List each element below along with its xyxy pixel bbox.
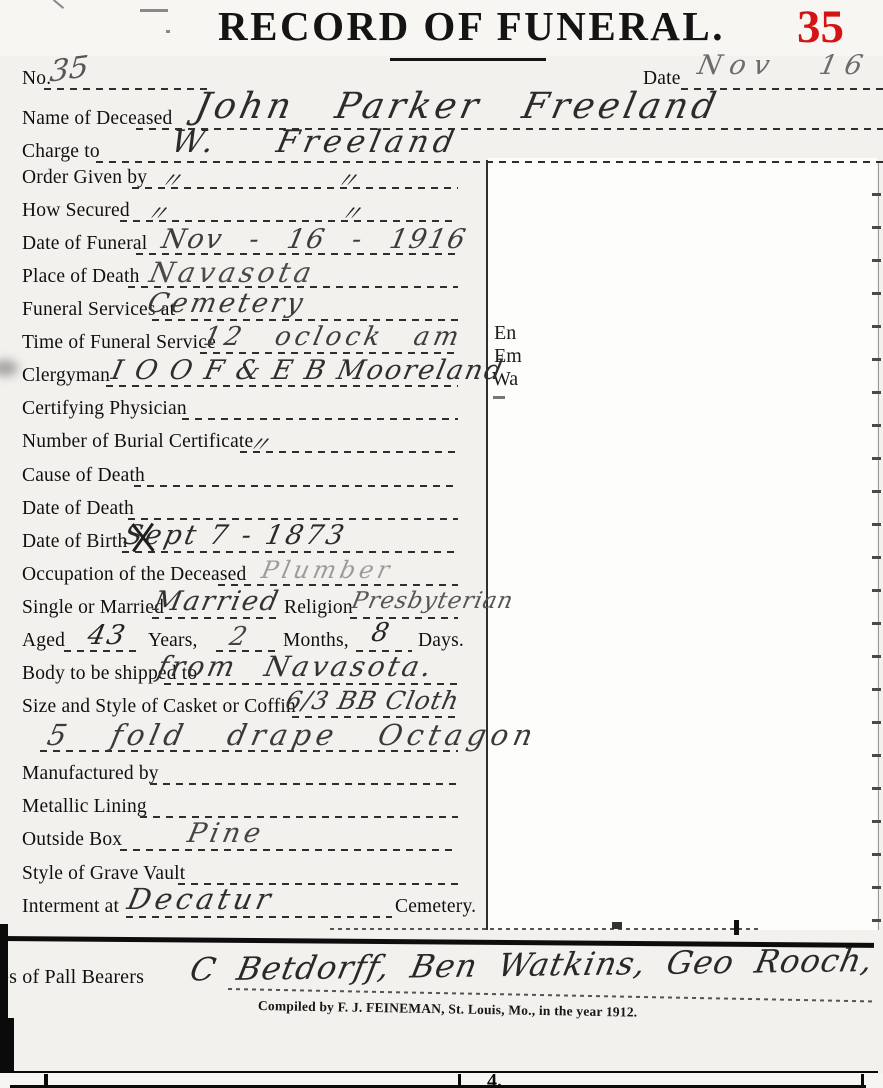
- right-edge-tick-marks: [872, 163, 881, 930]
- field-value-order-given-by: 〃: [157, 164, 186, 195]
- dashed-line-date-of-birth: [122, 551, 458, 553]
- field-value-religion: Presbyterian: [349, 588, 516, 614]
- dashed-line-charge-to: [96, 161, 883, 163]
- field-value-place-of-death: Navasota: [146, 256, 318, 289]
- field-value-casket: 6/3 BB Cloth: [283, 686, 462, 715]
- title-rule: [390, 58, 546, 61]
- dashed-line-funeral-services-at: [152, 319, 458, 321]
- field-value-interment: Decatur: [124, 882, 277, 916]
- field-label-aged: Aged: [22, 630, 65, 652]
- compiled-by-imprint: Compiled by F. J. FEINEMAN, St. Louis, M…: [258, 998, 638, 1021]
- field-value-aged-years: 43: [85, 620, 130, 651]
- partial-dash-mark: [493, 396, 505, 399]
- field-label-date-of-funeral: Date of Funeral: [22, 233, 147, 255]
- field-value-time-of-funeral-service: 12 oclock am: [201, 322, 466, 352]
- dashed-line-outside-box: [120, 849, 458, 851]
- dashed-line-manufactured-by: [150, 783, 458, 785]
- ink-smudge: [0, 360, 18, 376]
- field-value-date-of-birth: Sept 7 - 1873: [121, 520, 350, 551]
- field-value-pall-bearers: C Betdorff, Ben Watkins, Geo Rooch, J G …: [187, 937, 883, 988]
- field-label-order-given-by: Order Given by: [22, 167, 147, 189]
- dashed-line-body-shipped: [164, 683, 458, 685]
- field-value-aged-months: 2: [227, 622, 250, 652]
- field-value-name-of-deceased: John Parker Freeland: [192, 86, 724, 127]
- dashed-line-single-or-married: [152, 617, 278, 619]
- field-value-occupation: Plumber: [259, 556, 396, 584]
- pencil-mark: [166, 30, 170, 33]
- pre-separator-dotted-line: [330, 928, 760, 930]
- dashed-line-burial-certificate: [240, 451, 458, 453]
- field-label-time-of-funeral-service: Time of Funeral Service: [22, 332, 216, 354]
- field-value-clergyman: I O O F & E B Mooreland: [109, 355, 507, 386]
- field-label-outside-box: Outside Box: [22, 829, 122, 851]
- dashed-line-no: [44, 88, 212, 90]
- small-ink-mark: [612, 922, 622, 929]
- field-label-date-of-birth: Date of Birth: [22, 531, 128, 553]
- field-label-cemetery-suffix: Cemetery.: [395, 896, 476, 918]
- field-label-metallic-lining: Metallic Lining: [22, 796, 147, 818]
- dashed-line-metallic-lining: [140, 816, 458, 818]
- field-value-single-or-married: Married: [151, 586, 283, 617]
- dashed-line-order-given-by: [132, 187, 458, 189]
- dashed-line-certifying-physician: [182, 418, 458, 420]
- field-label-clergyman: Clergyman: [22, 365, 110, 387]
- field-value-funeral-services-at: Cemetery: [145, 288, 309, 319]
- field-label-occupation: Occupation of the Deceased: [22, 564, 246, 586]
- page-title: RECORD OF FUNERAL.: [218, 2, 725, 50]
- field-value-date-of-funeral: Nov - 16 - 1916: [159, 224, 470, 255]
- field-label-pall-bearers: es of Pall Bearers: [0, 966, 144, 989]
- field-label-years: Years,: [148, 630, 198, 652]
- scan-left-black-edge: [0, 1018, 14, 1074]
- field-value-date: Nov 16: [695, 50, 874, 81]
- field-label-place-of-death: Place of Death: [22, 266, 140, 288]
- next-page-number: 4.: [487, 1070, 502, 1088]
- page-number: 35: [797, 0, 844, 54]
- column-divider-line: [486, 160, 488, 930]
- right-column-partial-line: En: [494, 322, 516, 345]
- field-value-body-shipped: from Navasota.: [154, 650, 437, 683]
- field-value-charge-to: W. Freeland: [168, 124, 462, 160]
- field-label-religion: Religion: [284, 597, 353, 619]
- dashed-line-religion: [350, 617, 458, 619]
- field-value2-order-given-by: 〃: [333, 164, 362, 195]
- field-label-cause-of-death: Cause of Death: [22, 465, 145, 487]
- dashed-line-time-of-funeral-service: [200, 352, 458, 354]
- field-label-no: No.: [22, 68, 51, 90]
- dashed-line-interment: [126, 916, 392, 918]
- field-label-casket: Size and Style of Casket or Coffin: [22, 696, 296, 718]
- dashed-line-cause-of-death: [134, 485, 458, 487]
- right-column-blank-area: [488, 158, 877, 930]
- field-label-months: Months,: [283, 630, 349, 652]
- field-label-burial-certificate: Number of Burial Certificate: [22, 431, 253, 453]
- field-label-days: Days.: [418, 630, 464, 652]
- field-value2-casket: 5 fold drape Octagon: [44, 718, 540, 752]
- field-label-date-of-death: Date of Death: [22, 498, 134, 520]
- field-value-aged-days: 8: [369, 618, 392, 648]
- funeral-record-scan: RECORD OF FUNERAL. 35 No. 35 Date Nov 16…: [0, 0, 883, 1088]
- field-label-how-secured: How Secured: [22, 200, 130, 222]
- field-label-name-of-deceased: Name of Deceased: [22, 108, 172, 130]
- small-ink-tick: [734, 920, 739, 935]
- page-bottom-hairline: [0, 1071, 878, 1073]
- field-value-no: 35: [48, 50, 89, 90]
- field-label-certifying-physician: Certifying Physician: [22, 398, 187, 420]
- field-label-manufactured-by: Manufactured by: [22, 763, 159, 785]
- field-value-outside-box: Pine: [185, 818, 268, 849]
- field-label-charge-to: Charge to: [22, 141, 100, 163]
- field-label-interment: Interment at: [22, 896, 119, 918]
- dashed-line-how-secured: [120, 220, 458, 222]
- field-label-single-or-married: Single or Married: [22, 597, 164, 619]
- pencil-mark: [140, 9, 168, 12]
